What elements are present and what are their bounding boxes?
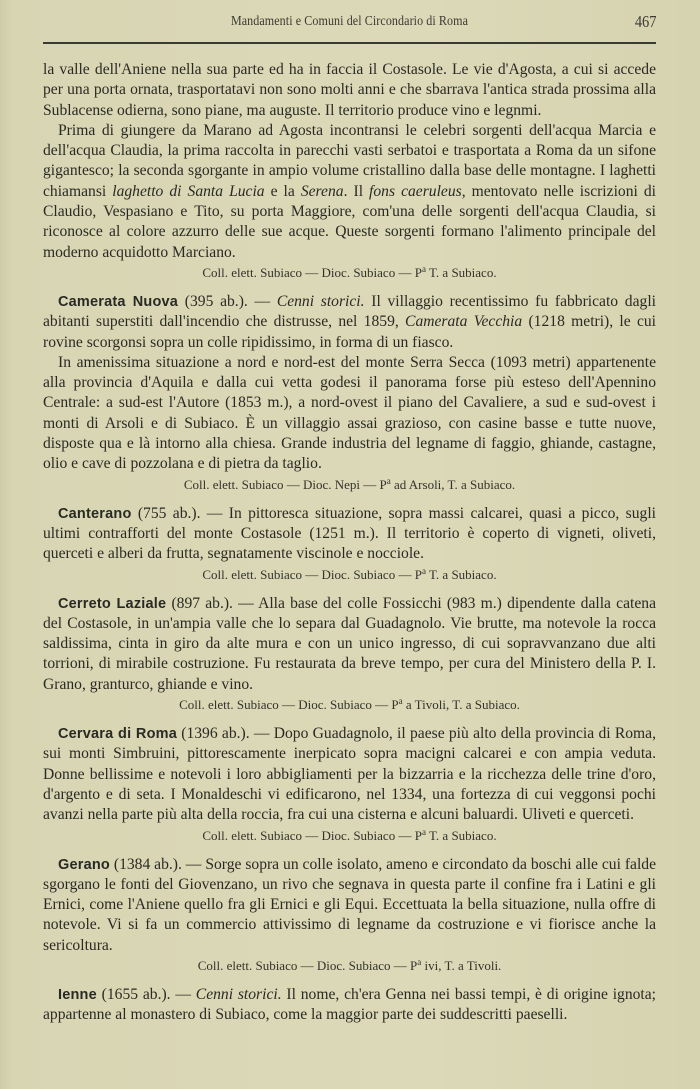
entry-gerano: Gerano (1384 ab.). — Sorge sopra un coll… — [43, 855, 656, 956]
header-rule — [43, 42, 656, 44]
note-text: ad Arsoli, T. a Subiaco. — [391, 477, 515, 492]
running-title: Mandamenti e Comuni del Circondario di R… — [86, 14, 613, 30]
note-text: T. a Subiaco. — [426, 265, 497, 280]
note-text: Coll. elett. Subiaco — Dioc. Nepi — P — [184, 477, 387, 492]
note-text: Coll. elett. Subiaco — Dioc. Subiaco — P — [179, 697, 399, 712]
continuation-paragraph: la valle dell'Aniene nella sua parte ed … — [43, 60, 656, 121]
entry-name: Gerano — [58, 857, 110, 873]
italic-run: Cenni storici. — [277, 293, 365, 310]
electoral-note: Coll. elett. Subiaco — Dioc. Subiaco — P… — [43, 264, 656, 282]
entry-cerreto-laziale: Cerreto Laziale (897 ab.). — Alla base d… — [43, 594, 656, 695]
population: (1655 ab.). — — [97, 986, 196, 1003]
note-text: T. a Subiaco. — [426, 828, 497, 843]
entry-name: Canterano — [58, 506, 132, 522]
electoral-note: Coll. elett. Subiaco — Dioc. Subiaco — P… — [43, 696, 656, 714]
entry-paragraph: In amenissima situazione a nord e nord-e… — [43, 353, 656, 475]
running-head: Mandamenti e Comuni del Circondario di R… — [43, 12, 656, 34]
body-text: la valle dell'Aniene nella sua parte ed … — [43, 60, 656, 1026]
note-text: a Tivoli, T. a Subiaco. — [403, 697, 520, 712]
entry-name: Cerreto Laziale — [58, 596, 166, 612]
italic-run: Camerata Vecchia — [405, 313, 522, 330]
entry-ienne: Ienne (1655 ab.). — Cenni storici. Il no… — [43, 985, 656, 1026]
entry-cervara-di-roma: Cervara di Roma (1396 ab.). — Dopo Guada… — [43, 724, 656, 825]
population: (1396 ab.). — — [177, 725, 274, 742]
electoral-note: Coll. elett. Subiaco — Dioc. Subiaco — P… — [43, 566, 656, 584]
note-text: T. a Subiaco. — [426, 567, 497, 582]
italic-run: Cenni storici. — [196, 986, 282, 1003]
italic-run: fons caeruleus — [369, 183, 462, 200]
population: (395 ab.). — — [178, 293, 277, 310]
population: (1384 ab.). — — [110, 856, 205, 873]
note-text: Coll. elett. Subiaco — Dioc. Subiaco — P — [202, 828, 422, 843]
continuation-paragraph-2: Prima di giungere da Marano ad Agosta in… — [43, 121, 656, 263]
italic-run: laghetto di Santa Lucia — [112, 183, 264, 200]
page-number: 467 — [634, 12, 656, 32]
entry-canterano: Canterano (755 ab.). — In pittoresca sit… — [43, 504, 656, 565]
electoral-note: Coll. elett. Subiaco — Dioc. Subiaco — P… — [43, 957, 656, 975]
electoral-note: Coll. elett. Subiaco — Dioc. Nepi — Pa a… — [43, 476, 656, 494]
entry-name: Ienne — [58, 987, 97, 1003]
note-text: Coll. elett. Subiaco — Dioc. Subiaco — P — [198, 958, 418, 973]
population: (755 ab.). — — [132, 505, 229, 522]
note-text: Coll. elett. Subiaco — Dioc. Subiaco — P — [202, 265, 422, 280]
note-text: Coll. elett. Subiaco — Dioc. Subiaco — P — [202, 567, 422, 582]
note-text: ivi, T. a Tivoli. — [421, 958, 501, 973]
population: (897 ab.). — — [166, 595, 258, 612]
entry-name: Camerata Nuova — [58, 294, 178, 310]
entry-camerata-nuova: Camerata Nuova (395 ab.). — Cenni storic… — [43, 292, 656, 353]
text-run: . Il — [344, 183, 369, 200]
electoral-note: Coll. elett. Subiaco — Dioc. Subiaco — P… — [43, 827, 656, 845]
entry-name: Cervara di Roma — [58, 726, 177, 742]
text-run: e la — [265, 183, 301, 200]
italic-run: Serena — [301, 183, 344, 200]
